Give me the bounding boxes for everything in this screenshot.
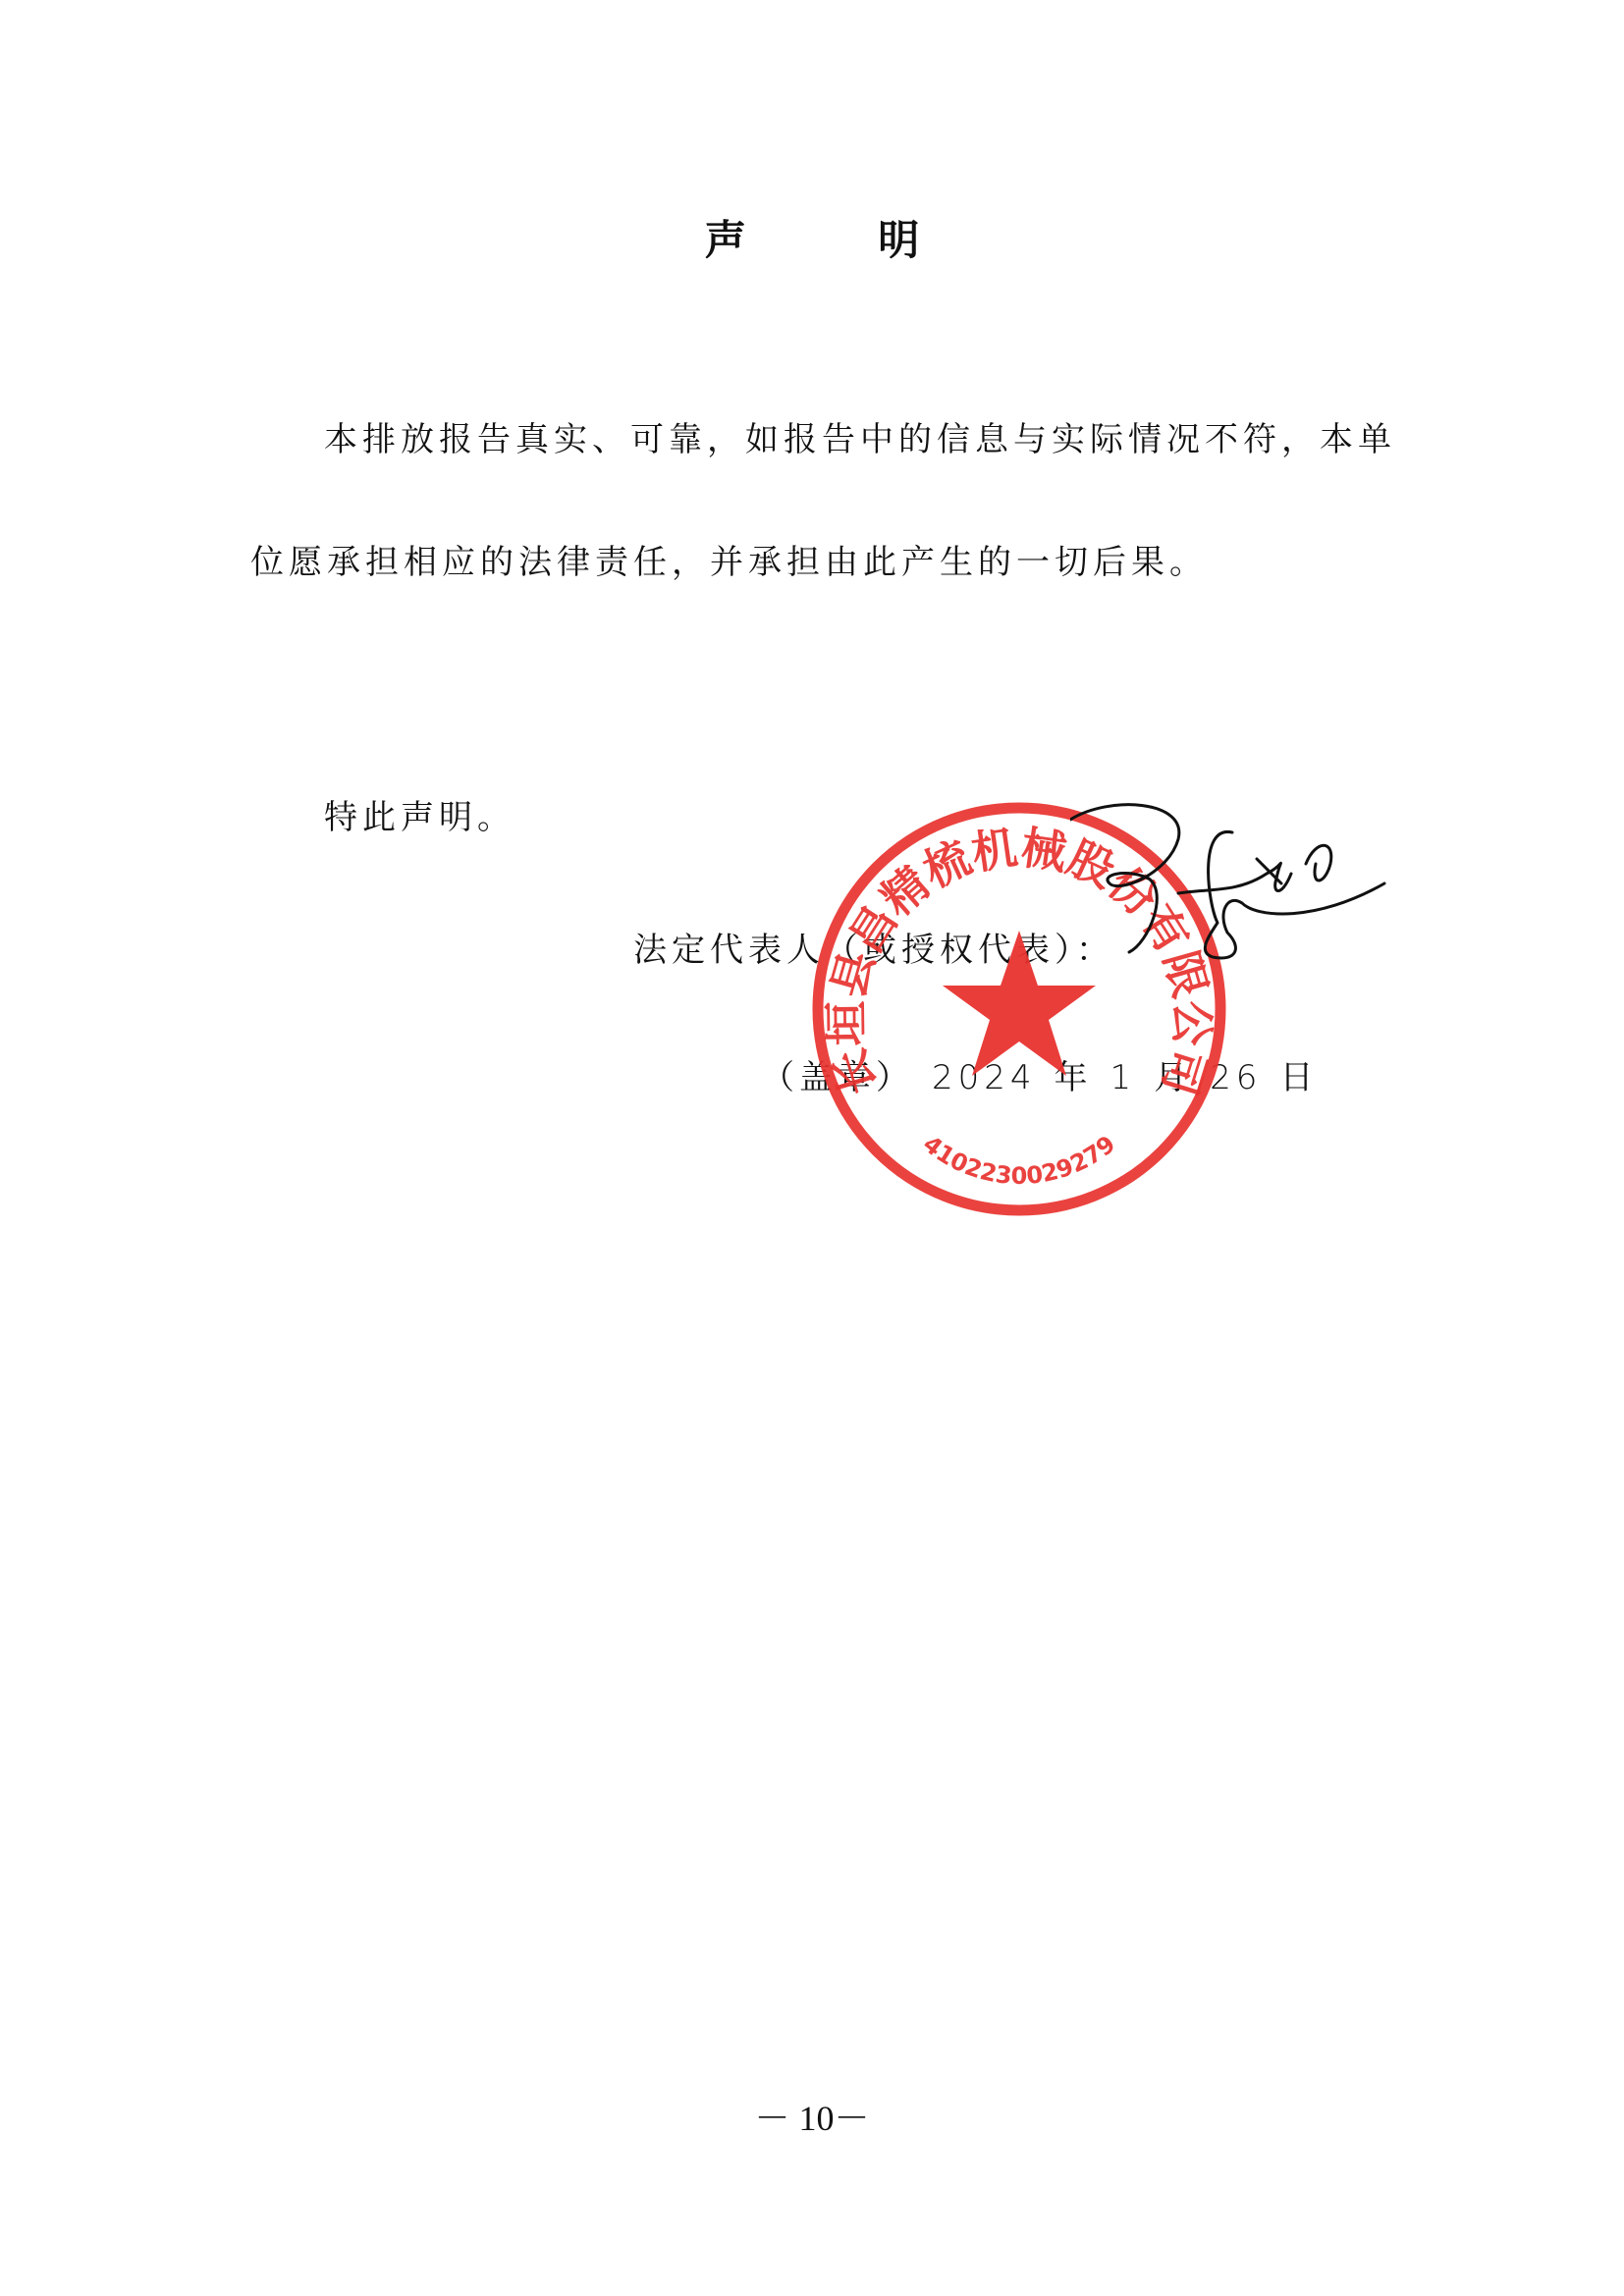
svg-text:4102230029279: 4102230029279: [918, 1130, 1121, 1190]
date-day: 26: [1210, 1058, 1262, 1097]
date-year: 2024: [932, 1058, 1037, 1097]
legal-representative-label: 法定代表人（或授权代表）：: [633, 923, 1114, 971]
page-number: － 10－: [0, 2091, 1624, 2141]
page-title: 声 明: [0, 208, 1624, 267]
date-year-unit: 年: [1055, 1050, 1093, 1098]
statement-paragraph-line-2: 位愿承担相应的法律责任，并承担由此产生的一切后果。: [250, 535, 1208, 583]
handwritten-signature: [1070, 785, 1424, 991]
seal-registration-number: 4102230029279: [918, 1130, 1121, 1190]
date-month-unit: 月: [1154, 1050, 1192, 1098]
closing-statement: 特此声明。: [324, 790, 515, 838]
company-seal: 长垣县昌精梳机械股份有限公司 4102230029279: [803, 793, 1235, 1225]
seal-label: （盖章）: [761, 1050, 914, 1098]
seal-date-line: （盖章）2024年1月26日: [761, 1050, 1335, 1098]
date-day-unit: 日: [1279, 1050, 1318, 1098]
date-month: 1: [1110, 1058, 1137, 1097]
statement-paragraph-line-1: 本排放报告真实、可靠，如报告中的信息与实际情况不符，本单: [324, 412, 1396, 460]
